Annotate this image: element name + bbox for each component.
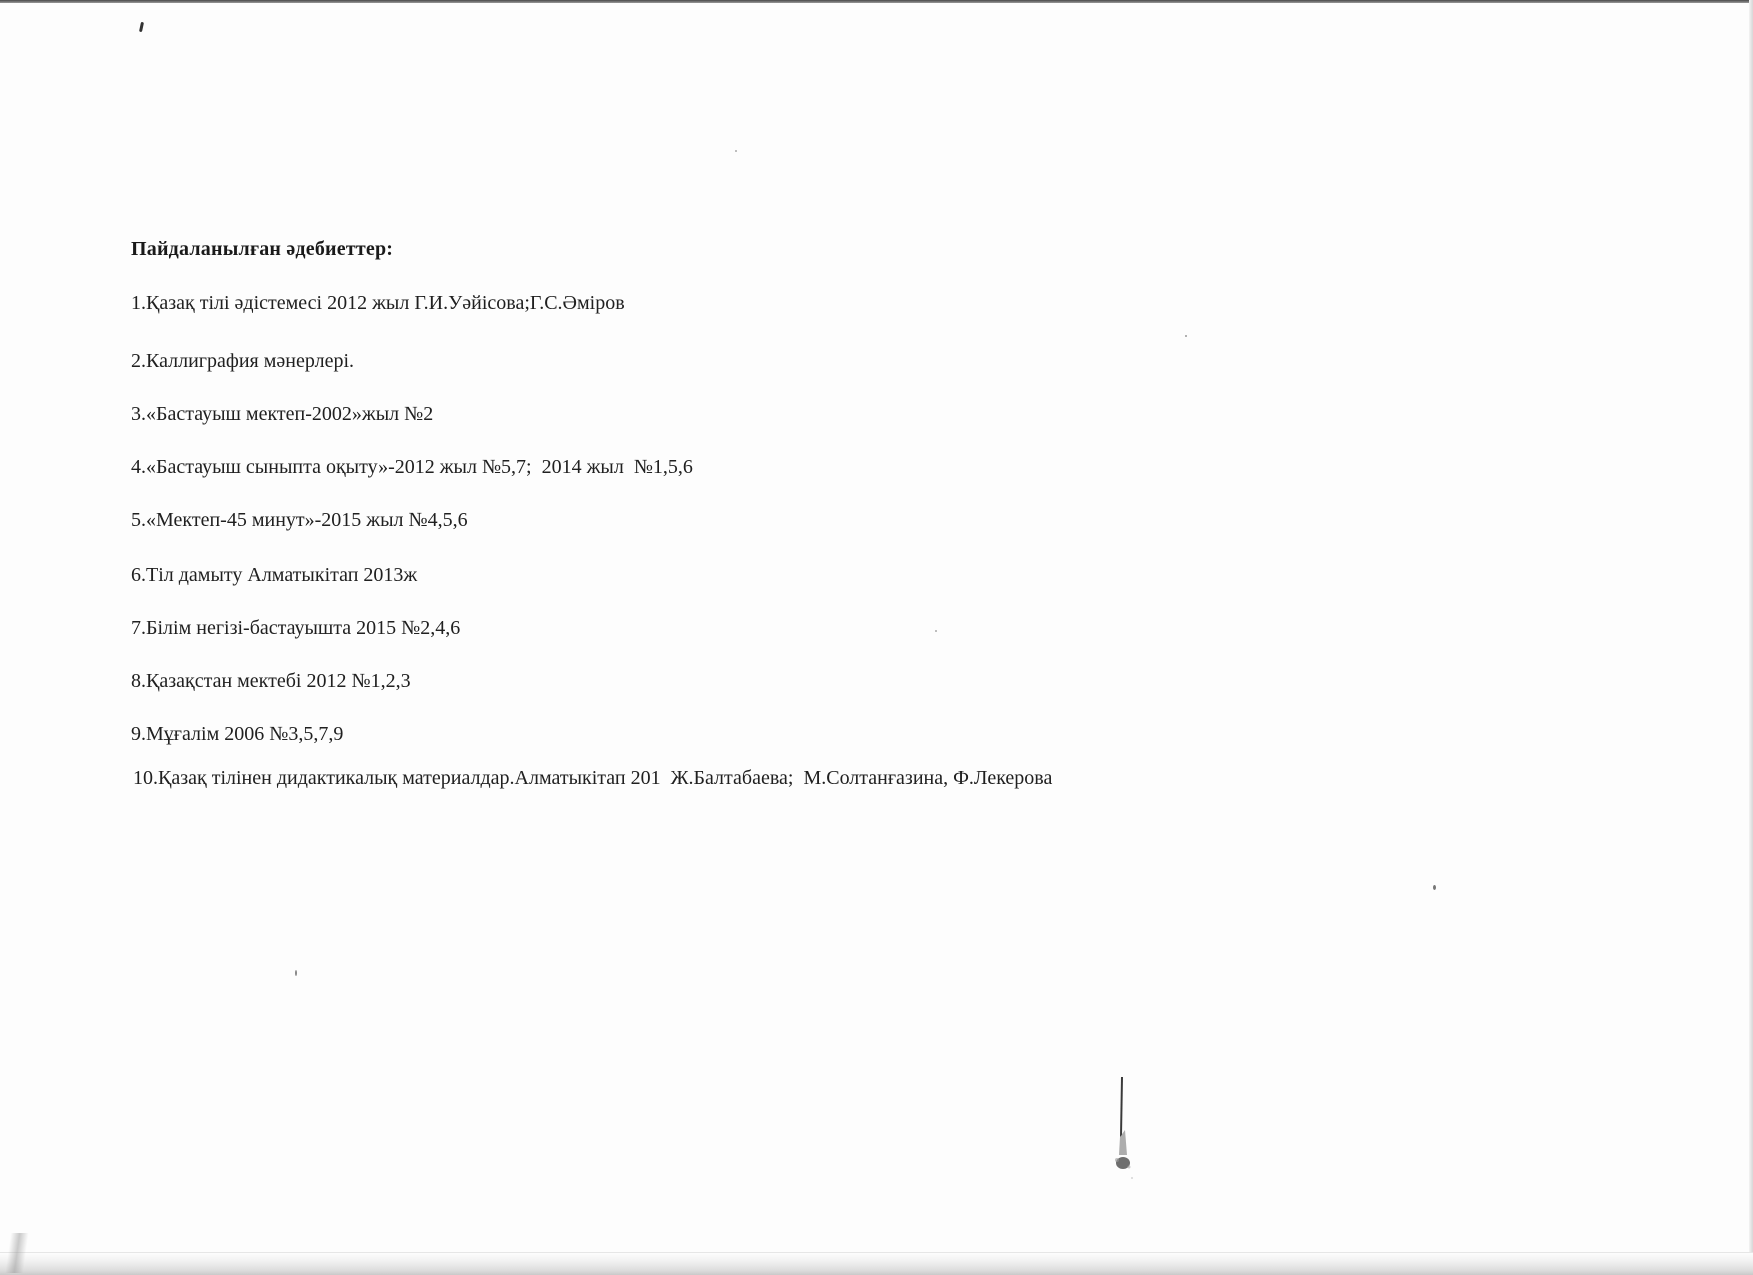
reference-item: 8.Қазақстан мектебі 2012 №1,2,3 — [131, 670, 411, 693]
reference-item: 4.«Бастауыш сыныпта оқыту»-2012 жыл №5,7… — [131, 456, 693, 479]
reference-item: 3.«Бастауыш мектеп-2002»жыл №2 — [131, 403, 433, 426]
reference-item: 5.«Мектеп-45 минут»-2015 жыл №4,5,6 — [131, 509, 468, 532]
reference-item: 10.Қазақ тілінен дидактикалық материалда… — [133, 767, 1052, 790]
document-page: Пайдаланылған әдебиеттер: 1.Қазақ тілі ә… — [0, 0, 1753, 1275]
reference-item: 2.Каллиграфия мәнерлері. — [131, 350, 354, 373]
reference-item: 1.Қазақ тілі әдістемесі 2012 жыл Г.И.Уәй… — [131, 292, 625, 315]
reference-item: 7.Білім негізі-бастауышта 2015 №2,4,6 — [131, 617, 460, 640]
reference-item: 6.Тіл дамыту Алматыкітап 2013ж — [131, 564, 417, 587]
reference-item: 9.Мұғалім 2006 №3,5,7,9 — [131, 723, 343, 746]
references-heading: Пайдаланылған әдебиеттер: — [131, 238, 393, 261]
